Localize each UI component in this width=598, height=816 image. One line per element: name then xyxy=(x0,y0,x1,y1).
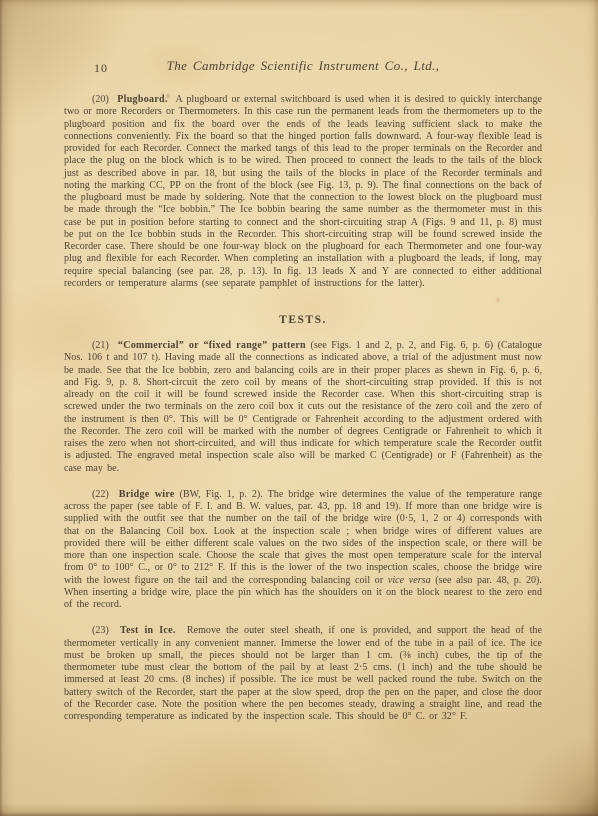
tests-heading: TESTS. xyxy=(64,314,542,326)
paragraph-21-commercial-pattern: (21) “Commercial” or “fixed range” patte… xyxy=(64,340,542,475)
paragraph-title: Test in Ice. xyxy=(120,625,176,636)
paragraph-title: “Commercial” or “fixed range” pattern xyxy=(118,340,306,351)
paragraph-body: Having made all the connections as indic… xyxy=(64,352,542,473)
paragraph-number: (23) xyxy=(92,625,109,636)
paragraph-number: (21) xyxy=(92,340,109,351)
paragraph-22-bridge-wire: (22) Bridge wire (BW, Fig. 1, p. 2). The… xyxy=(64,489,542,612)
paragraph-title: Plugboard. xyxy=(117,94,168,105)
paragraph-body: The bridge wire determines the value of … xyxy=(64,489,542,586)
paragraph-title: Bridge wire xyxy=(119,489,175,500)
scanned-page: 10 The Cambridge Scientific Instrument C… xyxy=(0,0,598,816)
page-header-row: 10 The Cambridge Scientific Instrument C… xyxy=(64,58,542,80)
paragraph-body: Remove the outer steel sheath, if one is… xyxy=(64,625,542,722)
paragraph-20-plugboard: (20) Plugboard. A plugboard or external … xyxy=(64,94,542,290)
paragraph-number: (22) xyxy=(92,489,109,500)
paragraph-italic-phrase: vice versa xyxy=(388,575,431,586)
running-header: The Cambridge Scientific Instrument Co.,… xyxy=(64,58,542,74)
page-content: 10 The Cambridge Scientific Instrument C… xyxy=(64,58,542,723)
paragraph-23-test-in-ice: (23) Test in Ice. Remove the outer steel… xyxy=(64,625,542,723)
paragraph-body: A plugboard or external switchboard is u… xyxy=(64,94,542,289)
page-number: 10 xyxy=(94,61,108,76)
paragraph-number: (20) xyxy=(92,94,109,105)
paragraph-reference: (BW, Fig. 1, p. 2). xyxy=(180,489,263,500)
